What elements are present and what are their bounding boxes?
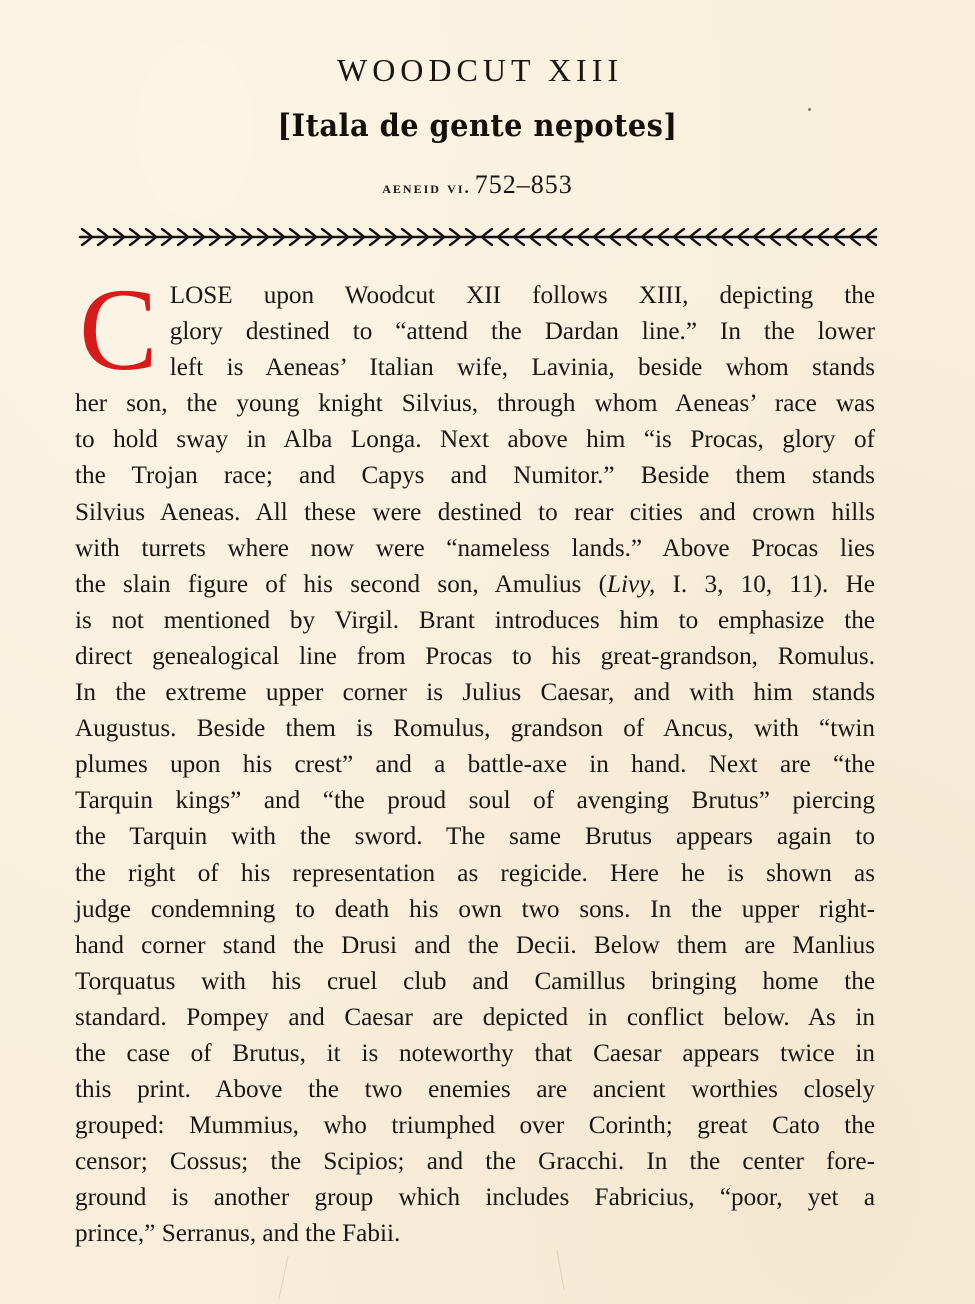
arrow-fletching-ornament-icon xyxy=(78,226,878,248)
text-line: hand corner stand the Drusi and the Deci… xyxy=(75,928,875,964)
citation-locator: I. 3, 10, 11). He xyxy=(655,571,875,598)
citation-source: Livy, xyxy=(607,571,655,598)
text-line: her son, the young knight Silvius, throu… xyxy=(75,386,875,422)
text-line: judge condemning to death his own two so… xyxy=(75,892,875,928)
text-segment: the slain figure of his second son, Amul… xyxy=(75,571,607,598)
text-line: left is Aeneas’ Italian wife, Lavinia, b… xyxy=(75,350,875,386)
text-line: is not mentioned by Virgil. Brant introd… xyxy=(75,603,875,639)
text-line: Augustus. Beside them is Romulus, grands… xyxy=(75,711,875,747)
text-line: standard. Pompey and Caesar are depicted… xyxy=(75,1000,875,1036)
document-page: WOODCUT XIII [Itala de gente nepotes] AE… xyxy=(0,0,975,1304)
aeneid-reference: AENEID VI. 752–853 xyxy=(0,170,955,200)
body-paragraph: C LOSE upon Woodcut XII follows XIII, de… xyxy=(75,278,875,1253)
paper-speck xyxy=(808,108,811,111)
latin-subtitle: [Itala de gente nepotes] xyxy=(33,108,921,144)
paper-crease xyxy=(278,1255,288,1299)
text-line: to hold sway in Alba Longa. Next above h… xyxy=(75,422,875,458)
reference-book: AENEID VI. xyxy=(382,178,471,197)
text-line: the case of Brutus, it is noteworthy tha… xyxy=(75,1036,875,1072)
text-line: glory destined to “attend the Dardan lin… xyxy=(75,314,875,350)
text-line: the Tarquin with the sword. The same Bru… xyxy=(75,819,875,855)
text-line: In the extreme upper corner is Julius Ca… xyxy=(75,675,875,711)
reference-lines: 752–853 xyxy=(475,170,573,199)
text-line: the Trojan race; and Capys and Numitor.”… xyxy=(75,458,875,494)
drop-cap: C xyxy=(79,286,158,378)
text-line: plumes upon his crest” and a battle-axe … xyxy=(75,747,875,783)
text-line: censor; Cossus; the Scipios; and the Gra… xyxy=(75,1144,875,1180)
text-line: LOSE upon Woodcut XII follows XIII, depi… xyxy=(75,278,875,314)
text-line: ground is another group which includes F… xyxy=(75,1180,875,1216)
text-line: with turrets where now were “nameless la… xyxy=(75,531,875,567)
text-line: Silvius Aeneas. All these were destined … xyxy=(75,495,875,531)
page-title: WOODCUT XIII xyxy=(0,52,960,89)
text-line: this print. Above the two enemies are an… xyxy=(75,1072,875,1108)
text-line: grouped: Mummius, who triumphed over Cor… xyxy=(75,1108,875,1144)
text-line: the right of his representation as regic… xyxy=(75,856,875,892)
text-line: Tarquin kings” and “the proud soul of av… xyxy=(75,783,875,819)
text-line: Torquatus with his cruel club and Camill… xyxy=(75,964,875,1000)
text-line: direct genealogical line from Procas to … xyxy=(75,639,875,675)
text-line-final: prince,” Serranus, and the Fabii. xyxy=(75,1216,875,1252)
text-line-with-citation: the slain figure of his second son, Amul… xyxy=(75,567,875,603)
paper-crease xyxy=(557,1250,565,1290)
